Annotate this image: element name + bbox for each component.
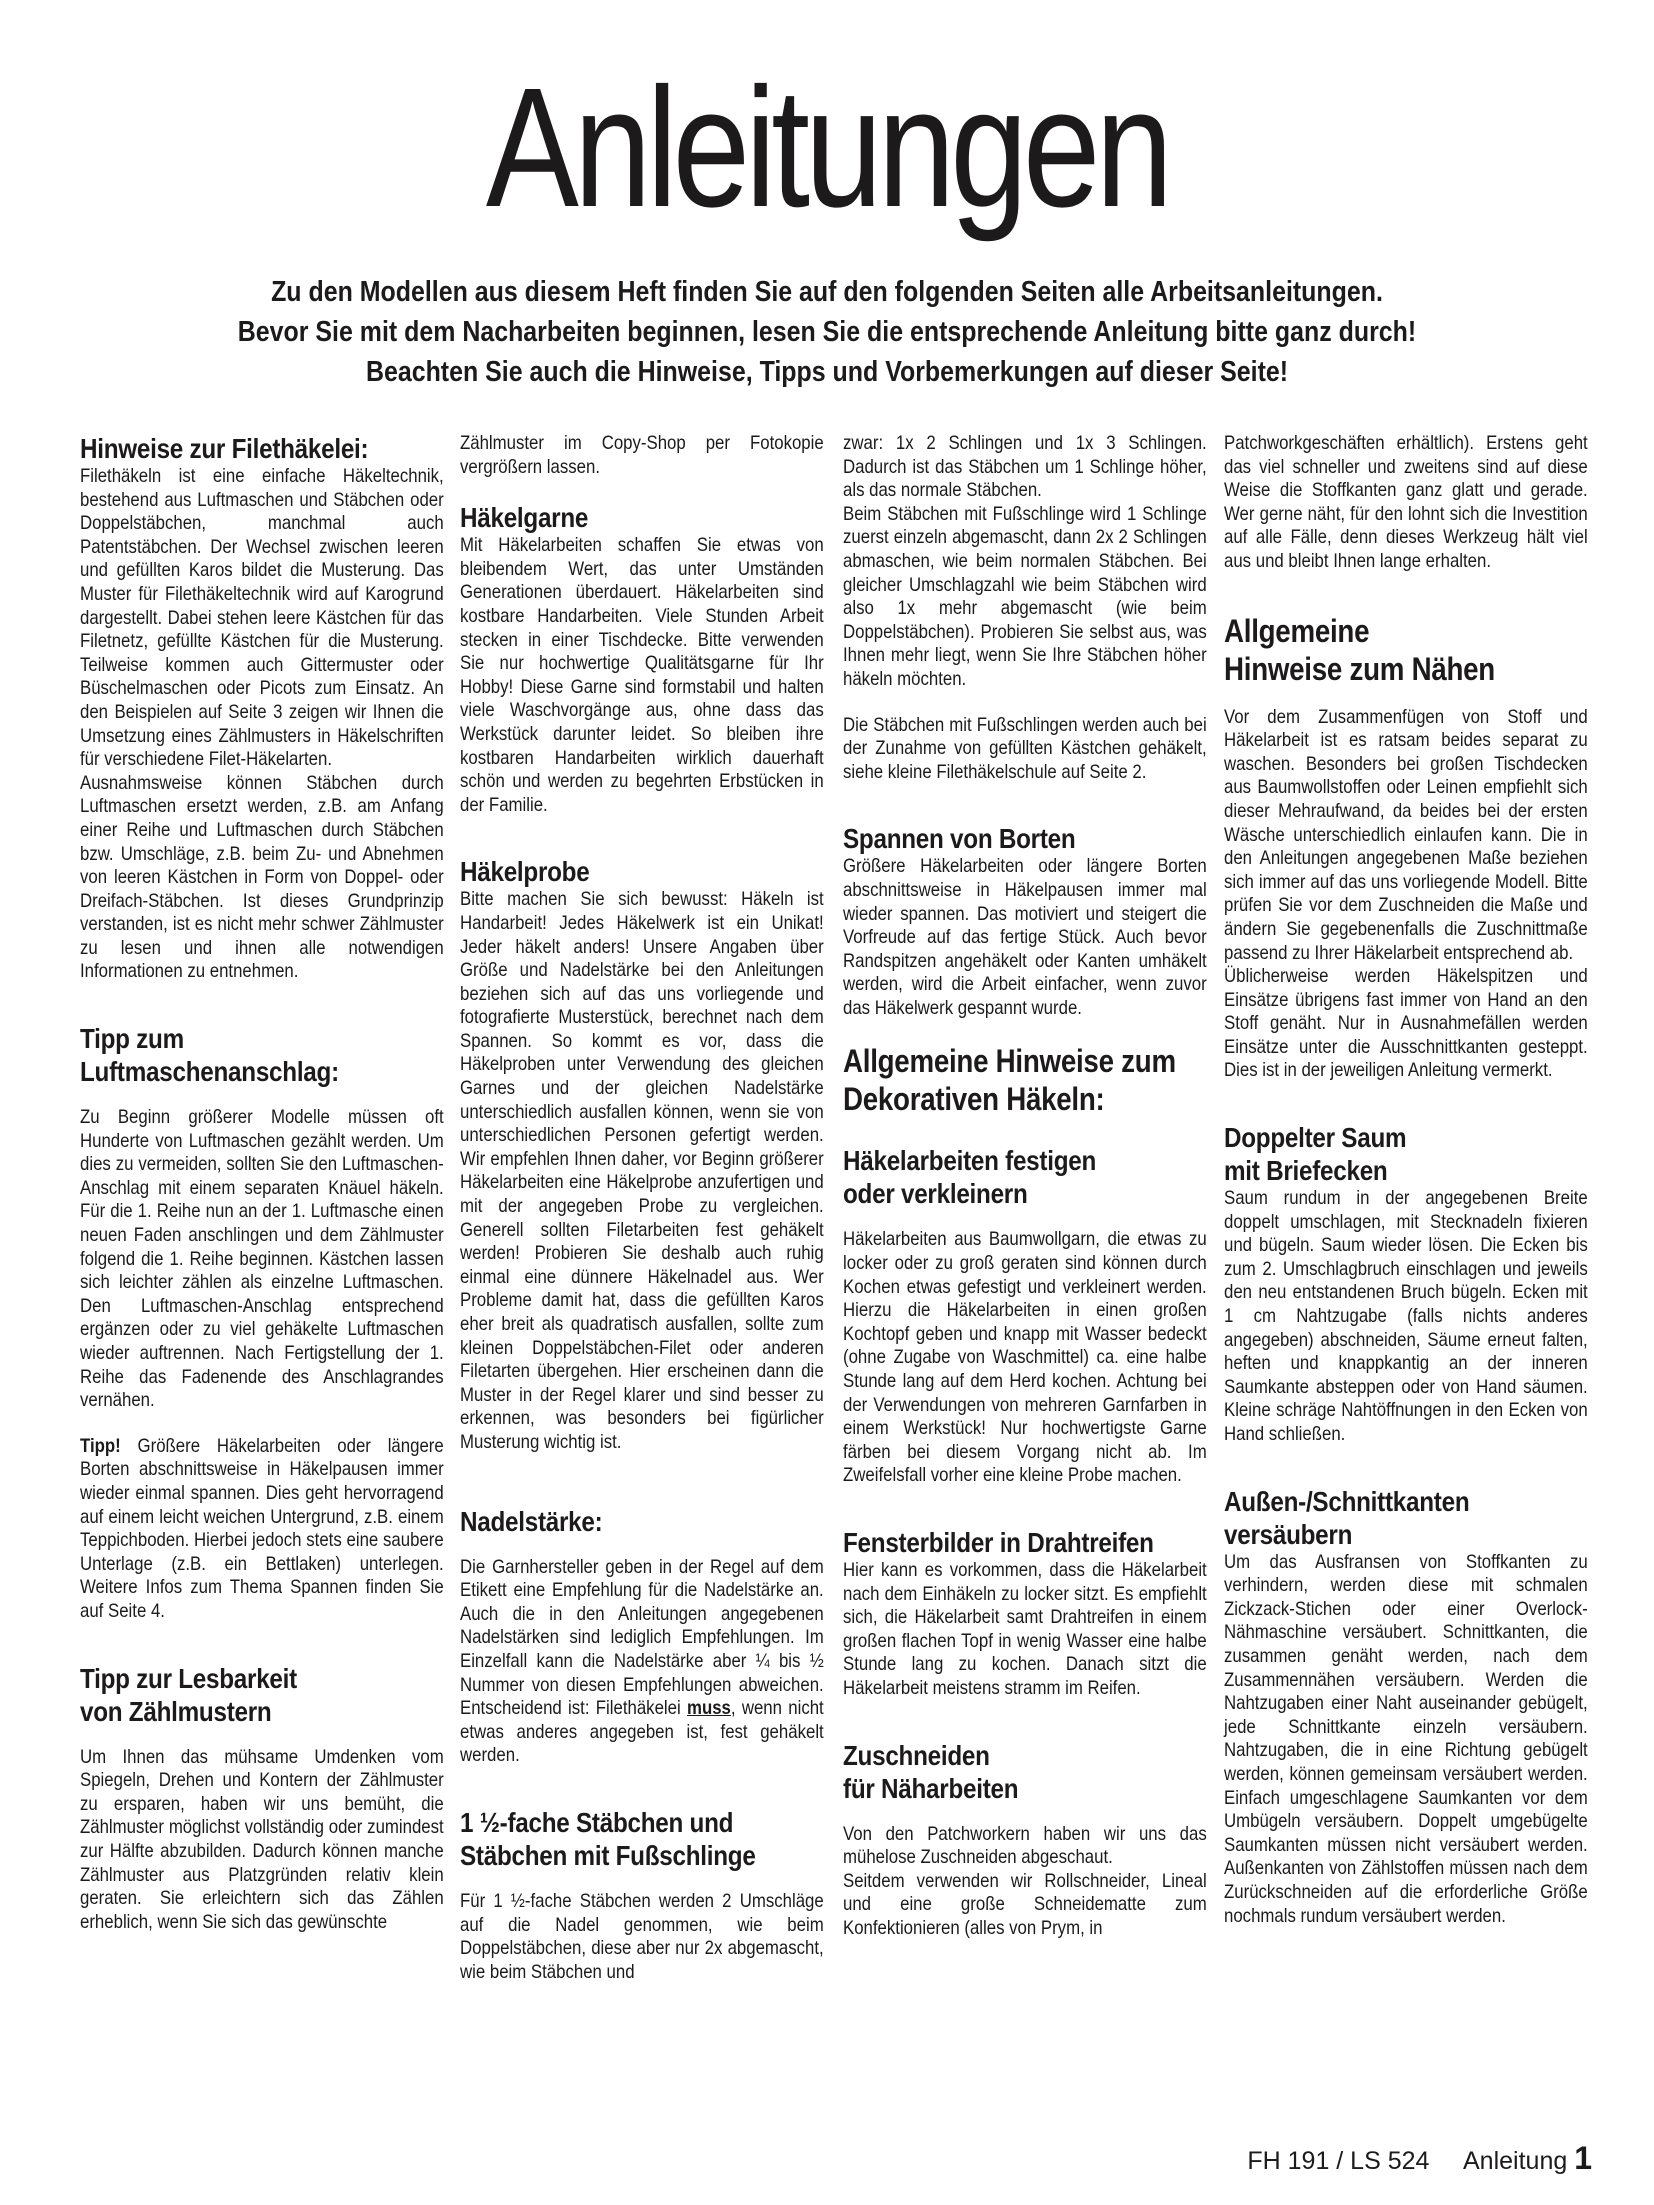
- paragraph: Die Stäbchen mit Fußschlingen werden auc…: [843, 714, 1207, 785]
- intro-line-2: Bevor Sie mit dem Nacharbeiten beginnen,…: [116, 312, 1538, 352]
- paragraph: Mit Häkelarbeiten schaffen Sie etwas von…: [460, 534, 824, 817]
- paragraph: Beim Stäbchen mit Fußschlinge wird 1 Sch…: [843, 503, 1207, 692]
- section-fensterbilder: Fensterbilder in Drahtreifen Hier kann e…: [843, 1526, 1207, 1701]
- heading-line: Tipp zur Lesbarkeit: [80, 1663, 297, 1694]
- paragraph-continued: zwar: 1x 2 Schlingen und 1x 3 Schlingen.…: [843, 432, 1207, 503]
- column-2: Zählmuster im Copy-Shop per Fotokopie ve…: [460, 432, 824, 1984]
- section-zuschneiden: Zuschneidenfür Näharbeiten Von den Patch…: [843, 1739, 1207, 1941]
- page-title: Anleitungen: [149, 48, 1505, 248]
- paragraph: Häkelarbeiten aus Baumwollgarn, die etwa…: [843, 1228, 1207, 1488]
- section-heading: Tipp zur Lesbarkeitvon Zählmustern: [80, 1662, 444, 1728]
- footer-label: Anleitung: [1463, 2147, 1567, 2175]
- heading-line: 1 ½-fache Stäbchen und: [460, 1807, 733, 1838]
- issue-code: FH 191 / LS 524: [1247, 2147, 1429, 2175]
- section-saum: Doppelter Saummit Briefecken Saum rundum…: [1224, 1121, 1588, 1447]
- heading-line: Allgemeine: [1224, 613, 1369, 649]
- section-nadelstaerke: Nadelstärke: Die Garnhersteller geben in…: [460, 1505, 824, 1768]
- section-heading: Nadelstärke:: [460, 1505, 824, 1538]
- section-haekelgarne: Häkelgarne Mit Häkelarbeiten schaffen Si…: [460, 501, 824, 817]
- section-spannen: Spannen von Borten Größere Häkelarbeiten…: [843, 822, 1207, 1020]
- heading-line: für Näharbeiten: [843, 1773, 1018, 1804]
- heading-line: Hinweise zum Nähen: [1224, 651, 1495, 687]
- intro-text: Zu den Modellen aus diesem Heft finden S…: [0, 272, 1654, 392]
- tip-text: Größere Häkelarbeiten oder längere Borte…: [80, 1435, 444, 1622]
- section-lesbarkeit: Tipp zur Lesbarkeitvon Zählmustern Um Ih…: [80, 1662, 444, 1935]
- section-heading: 1 ½-fache Stäbchen undStäbchen mit Fußsc…: [460, 1806, 824, 1872]
- section-heading: Zuschneidenfür Näharbeiten: [843, 1739, 1207, 1805]
- section-heading: AllgemeineHinweise zum Nähen: [1224, 612, 1588, 688]
- paragraph: Filethäkeln ist eine einfache Häkeltechn…: [80, 465, 444, 772]
- heading-line: Tipp zum: [80, 1023, 184, 1054]
- column-1: Hinweise zur Filethäkelei: Filethäkeln i…: [80, 432, 444, 1934]
- section-filethaekelei: Hinweise zur Filethäkelei: Filethäkeln i…: [80, 432, 444, 984]
- heading-line: oder verkleinern: [843, 1178, 1028, 1209]
- section-naehen: AllgemeineHinweise zum Nähen Vor dem Zus…: [1224, 612, 1588, 1084]
- heading-line: versäubern: [1224, 1519, 1352, 1550]
- heading-line: Allgemeine Hinweise zum: [843, 1043, 1176, 1079]
- heading-line: Doppelter Saum: [1224, 1122, 1406, 1153]
- paragraph: Um Ihnen das mühsame Umdenken vom Spiege…: [80, 1746, 444, 1935]
- section-fussschlinge: 1 ½-fache Stäbchen undStäbchen mit Fußsc…: [460, 1806, 824, 1984]
- paragraph-continued: Patchworkgeschäften erhältlich). Erstens…: [1224, 432, 1588, 574]
- heading-line: von Zählmustern: [80, 1696, 271, 1727]
- section-kanten: Außen-/Schnittkantenversäubern Um das Au…: [1224, 1485, 1588, 1929]
- heading-line: Dekorativen Häkeln:: [843, 1081, 1105, 1117]
- paragraph: Um das Ausfransen von Stoffkanten zu ver…: [1224, 1551, 1588, 1929]
- paragraph: Seitdem verwenden wir Rollschneider, Lin…: [843, 1870, 1207, 1941]
- intro-line-3: Beachten Sie auch die Hinweise, Tipps un…: [116, 352, 1538, 392]
- heading-line: Zuschneiden: [843, 1740, 990, 1771]
- heading-line: Häkelarbeiten festigen: [843, 1145, 1096, 1176]
- paragraph: Hier kann es vorkommen, dass die Häkelar…: [843, 1559, 1207, 1701]
- paragraph: Vor dem Zusammenfügen von Stoff und Häke…: [1224, 706, 1588, 966]
- emphasis-muss: muss: [687, 1697, 731, 1719]
- paragraph: Größere Häkelarbeiten oder längere Borte…: [843, 855, 1207, 1020]
- heading-line: mit Briefecken: [1224, 1155, 1387, 1186]
- paragraph: Ausnahmsweise können Stäbchen durch Luft…: [80, 772, 444, 984]
- section-heading: Außen-/Schnittkantenversäubern: [1224, 1485, 1588, 1551]
- heading-line: Stäbchen mit Fußschlinge: [460, 1840, 756, 1871]
- section-heading: Spannen von Borten: [843, 822, 1207, 855]
- section-heading: Häkelgarne: [460, 501, 824, 534]
- section-haekelprobe: Häkelprobe Bitte machen Sie sich bewusst…: [460, 855, 824, 1454]
- paragraph: Von den Patchworkern haben wir uns das m…: [843, 1823, 1207, 1870]
- section-heading: Häkelarbeiten festigenoder verkleinern: [843, 1144, 1207, 1210]
- section-heading: Doppelter Saummit Briefecken: [1224, 1121, 1588, 1187]
- heading-line: Luftmaschenanschlag:: [80, 1056, 339, 1087]
- intro-line-1: Zu den Modellen aus diesem Heft finden S…: [116, 272, 1538, 312]
- section-heading: Fensterbilder in Drahtreifen: [843, 1526, 1207, 1559]
- tip-paragraph: Tipp! Größere Häkelarbeiten oder längere…: [80, 1435, 444, 1624]
- section-heading: Häkelprobe: [460, 855, 824, 888]
- column-3: zwar: 1x 2 Schlingen und 1x 3 Schlingen.…: [843, 432, 1207, 1941]
- paragraph: Für 1 ½-fache Stäbchen werden 2 Umschläg…: [460, 1890, 824, 1984]
- section-luftmaschenanschlag: Tipp zumLuftmaschenanschlag: Zu Beginn g…: [80, 1022, 444, 1623]
- tip-label: Tipp!: [80, 1435, 121, 1457]
- section-festigen: Häkelarbeiten festigenoder verkleinern H…: [843, 1144, 1207, 1488]
- page-footer: FH 191 / LS 524 Anleitung 1: [1247, 2140, 1592, 2177]
- page-number: 1: [1574, 2140, 1592, 2176]
- paragraph: Üblicherweise werden Häkelspitzen und Ei…: [1224, 965, 1588, 1083]
- heading-line: Außen-/Schnittkanten: [1224, 1486, 1469, 1517]
- paragraph: Bitte machen Sie sich bewusst: Häkeln is…: [460, 888, 824, 1454]
- major-heading-dekorativ: Allgemeine Hinweise zumDekorativen Häkel…: [843, 1042, 1207, 1118]
- paragraph: Saum rundum in der angegebenen Breite do…: [1224, 1187, 1588, 1447]
- section-heading: Hinweise zur Filethäkelei:: [80, 432, 444, 465]
- text-run: Die Garnhersteller geben in der Regel au…: [460, 1556, 824, 1720]
- section-heading: Tipp zumLuftmaschenanschlag:: [80, 1022, 444, 1088]
- column-4: Patchworkgeschäften erhältlich). Erstens…: [1224, 432, 1588, 1928]
- paragraph: Die Garnhersteller geben in der Regel au…: [460, 1556, 824, 1768]
- paragraph: Zu Beginn größerer Modelle müssen oft Hu…: [80, 1106, 444, 1413]
- paragraph-continued: Zählmuster im Copy-Shop per Fotokopie ve…: [460, 432, 824, 479]
